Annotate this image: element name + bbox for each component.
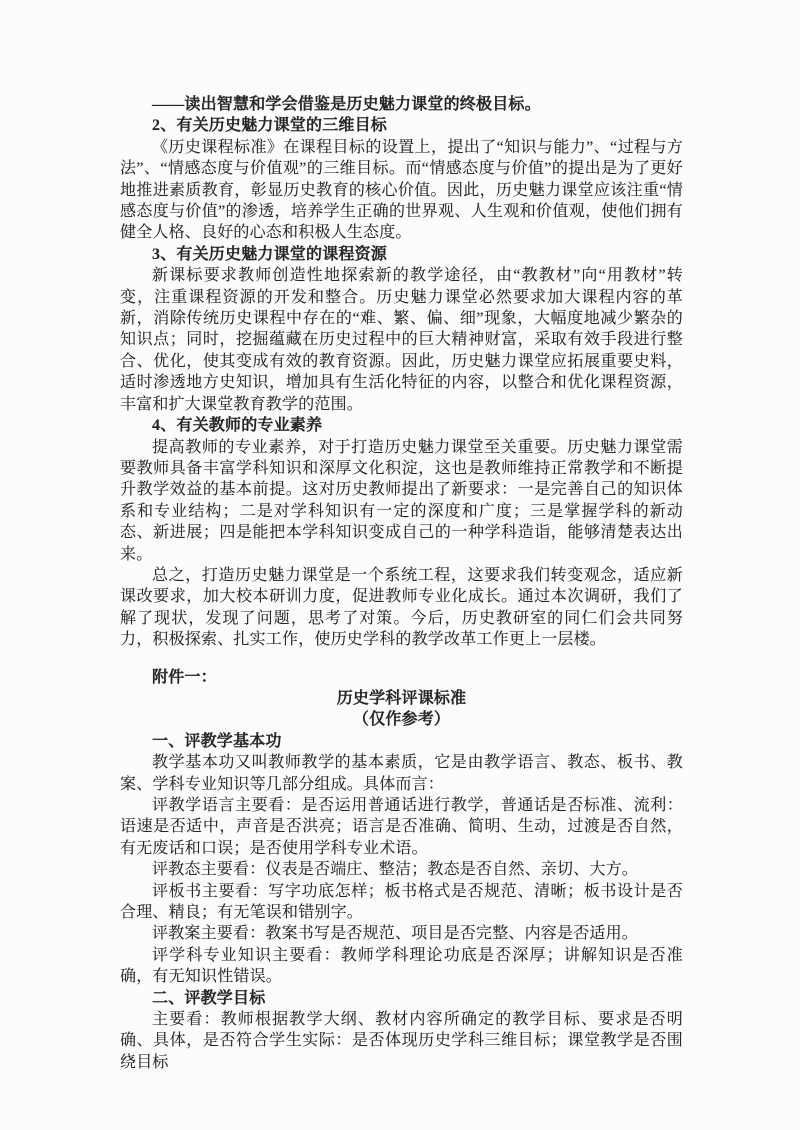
para-teaching-goals: 主要看：教师根据教学大纲、教材内容所确定的教学目标、要求是否明确、具体，是否符合… (120, 1009, 683, 1073)
para-summary: 总之，打造历史魅力课堂是一个系统工程，这要求我们转变观念，适应新课改要求，加大校… (120, 565, 683, 651)
para-teaching-manner: 评教态主要看：仪表是否端庄、整洁；教态是否自然、亲切、大方。 (120, 859, 683, 880)
para-basic-skills-intro: 教学基本功又叫教师教学的基本素质，它是由教学语言、教态、板书、教案、学科专业知识… (120, 752, 683, 795)
heading-teaching-goals: 二、评教学目标 (120, 988, 683, 1009)
para-lesson-plan: 评教案主要看：教案书写是否规范、项目是否完整、内容是否适用。 (120, 923, 683, 944)
doc-title: 历史学科评课标准 (120, 688, 683, 709)
document-page: ——读出智慧和学会借鉴是历史魅力课堂的终极目标。 2、有关历史魅力课堂的三维目标… (0, 0, 800, 1130)
para-teacher-quality: 提高教师的专业素养，对于打造历史魅力课堂至关重要。历史魅力课堂需要教师具备丰富学… (120, 437, 683, 565)
heading-course-resources: 3、有关历史魅力课堂的课程资源 (120, 244, 683, 265)
heading-teacher-quality: 4、有关教师的专业素养 (120, 415, 683, 436)
para-blackboard-writing: 评板书主要看：写字功底怎样；板书格式是否规范、清晰；板书设计是否合理、精良；有无… (120, 881, 683, 924)
doc-subtitle: （仅作参考） (120, 709, 683, 730)
attachment-label: 附件一： (120, 667, 683, 688)
para-three-dim-goals: 《历史课程标准》在课程目标的设置上，提出了“知识与能力”、“过程与方法”、“情感… (120, 137, 683, 244)
para-teaching-language: 评教学语言主要看：是否运用普通话进行教学，普通话是否标准、流利：语速是否适中，声… (120, 795, 683, 859)
document-body: ——读出智慧和学会借鉴是历史魅力课堂的终极目标。 2、有关历史魅力课堂的三维目标… (120, 94, 683, 1073)
heading-three-dim-goals: 2、有关历史魅力课堂的三维目标 (120, 115, 683, 136)
heading-basic-skills: 一、评教学基本功 (120, 731, 683, 752)
para-course-resources: 新课标要求教师创造性地探索新的教学途径，由“教教材”向“用教材”转变，注重课程资… (120, 265, 683, 415)
para-subject-knowledge: 评学科专业知识主要看：教师学科理论功底是否深厚；讲解知识是否准确，有无知识性错误… (120, 945, 683, 988)
lead-quote-line: ——读出智慧和学会借鉴是历史魅力课堂的终极目标。 (120, 94, 683, 115)
